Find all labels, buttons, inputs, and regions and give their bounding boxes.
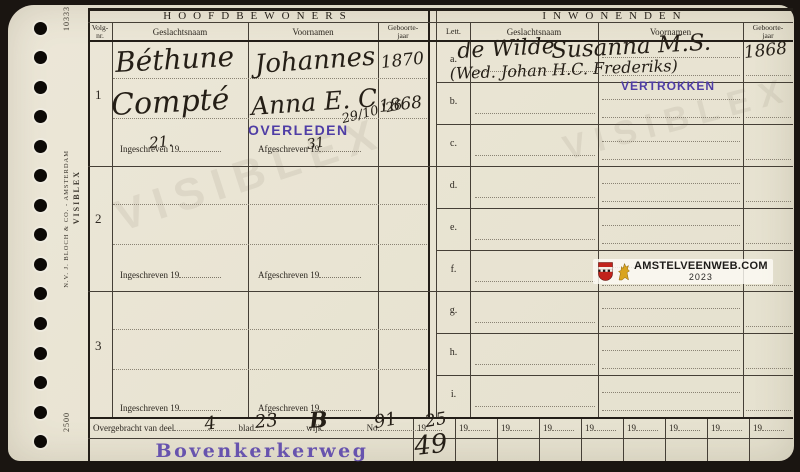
inwonenden-row-letter: h. xyxy=(437,347,470,358)
dotted-leader xyxy=(179,269,221,278)
year-cell: 19 xyxy=(669,422,700,433)
grid-line xyxy=(437,82,793,83)
punch-hole xyxy=(34,376,47,389)
grid-line xyxy=(539,417,540,461)
punch-hole xyxy=(34,347,47,360)
dotted-writing-line xyxy=(602,159,740,160)
dotted-writing-line xyxy=(602,350,740,351)
grid-line xyxy=(707,417,708,461)
dotted-writing-line xyxy=(746,410,791,411)
dotted-writing-line xyxy=(602,183,740,184)
ingeschreven-label-text: Ingeschreven 19 xyxy=(120,403,179,413)
punch-hole xyxy=(34,406,47,419)
dotted-leader xyxy=(762,422,784,431)
dotted-writing-line xyxy=(746,75,791,76)
dotted-writing-line xyxy=(746,159,791,160)
year-cell: 19 xyxy=(459,422,490,433)
ingeschreven-label-text: Ingeschreven 19 xyxy=(120,270,179,280)
grid-line xyxy=(749,417,750,461)
dotted-writing-line xyxy=(746,201,791,202)
year-cell: 19 xyxy=(585,422,616,433)
serial-number-bottom: 2500 xyxy=(62,412,71,432)
dotted-writing-line xyxy=(113,244,427,245)
column-header-volgnr-line2: nr. xyxy=(96,31,104,40)
grid-line xyxy=(378,22,379,417)
grid-line xyxy=(623,417,624,461)
dotted-writing-line xyxy=(475,281,595,282)
grid-line xyxy=(455,417,456,461)
dotted-writing-line xyxy=(475,155,595,156)
year-cell: 19 xyxy=(627,422,658,433)
street-name-stamp: Bovenkerkerweg xyxy=(152,440,372,462)
year-cell-label: 19 xyxy=(627,423,636,433)
dotted-writing-line xyxy=(746,368,791,369)
dotted-leader xyxy=(720,422,742,431)
dotted-writing-line xyxy=(602,99,740,100)
dotted-writing-line xyxy=(602,326,740,327)
dotted-writing-line xyxy=(475,197,595,198)
dotted-writing-line xyxy=(602,225,740,226)
grid-line xyxy=(497,417,498,461)
dotted-leader xyxy=(594,422,616,431)
dotted-writing-line xyxy=(602,368,740,369)
dotted-writing-line xyxy=(475,113,595,114)
grid-line xyxy=(88,8,90,461)
gold-lion-icon xyxy=(617,262,630,281)
handwritten-afgeschreven-year-1: 31 xyxy=(306,135,326,153)
vertrokken-stamp: VERTROKKEN xyxy=(621,79,715,93)
punch-hole xyxy=(34,22,47,35)
column-header-volgnr: Volg- nr. xyxy=(88,24,112,40)
dotted-writing-line xyxy=(746,326,791,327)
column-header-geboortejaar-right-line2: jaar xyxy=(762,31,773,40)
dotted-writing-line xyxy=(113,204,427,205)
dotted-writing-line xyxy=(475,406,595,407)
dotted-writing-line xyxy=(475,364,595,365)
year-cell: 19 xyxy=(543,422,574,433)
group-number-3: 3 xyxy=(95,338,102,354)
year-cell-label: 19 xyxy=(669,423,678,433)
watermark-year: 2023 xyxy=(634,272,768,282)
dotted-writing-line xyxy=(475,239,595,240)
dotted-writing-line xyxy=(602,410,740,411)
amstelveen-shield-icon xyxy=(598,262,613,281)
scanned-register-card-page: a.b.c.d.e.f.g.h.i. 10333 VISIBLEX N.V. J… xyxy=(0,0,800,472)
group-number-2: 2 xyxy=(95,211,102,227)
grid-line xyxy=(428,8,430,417)
grid-line xyxy=(88,291,793,292)
punch-hole xyxy=(34,199,47,212)
grid-line xyxy=(437,124,793,125)
dotted-writing-line xyxy=(602,308,740,309)
dotted-leader xyxy=(468,422,490,431)
year-cell: 19 xyxy=(711,422,742,433)
ingeschreven-label-3: Ingeschreven 19 xyxy=(120,402,221,413)
dotted-leader xyxy=(319,269,361,278)
inwonenden-row-letter: i. xyxy=(437,389,470,400)
punch-hole xyxy=(34,81,47,94)
watermark-site: AMSTELVEENWEB.COM xyxy=(634,261,768,272)
dotted-writing-line xyxy=(746,285,791,286)
column-header-geboortejaar-left-line2: jaar xyxy=(397,31,408,40)
overgebracht-label: Overgebracht van deel xyxy=(93,423,174,433)
dotted-writing-line xyxy=(602,141,740,142)
dotted-writing-line xyxy=(602,392,740,393)
inwonenden-row-letter: f. xyxy=(437,264,470,275)
grid-line xyxy=(437,333,793,334)
handwritten-ingeschreven-year-1: 21. xyxy=(148,132,173,152)
inwonenden-row-letter: e. xyxy=(437,222,470,233)
grid-line xyxy=(437,375,793,376)
grid-line xyxy=(437,208,793,209)
punch-hole xyxy=(34,317,47,330)
amstelveenweb-watermark: AMSTELVEENWEB.COM 2023 xyxy=(593,259,773,284)
dotted-writing-line xyxy=(113,369,427,370)
grid-line xyxy=(88,22,793,23)
section-title-inwonenden: INWONENDEN xyxy=(437,10,793,22)
overleden-stamp: OVERLEDEN xyxy=(248,122,349,138)
inwonenden-row-letter: c. xyxy=(437,138,470,149)
handwritten-no: 91 xyxy=(372,408,398,433)
brand-visiblex: VISIBLEX xyxy=(72,170,81,224)
grid-line xyxy=(581,417,582,461)
dotted-leader xyxy=(678,422,700,431)
year-cell-label: 19 xyxy=(753,423,762,433)
column-header-geboortejaar-left: Geboorte- jaar xyxy=(378,24,428,40)
dotted-leader xyxy=(552,422,574,431)
dotted-writing-line xyxy=(602,201,740,202)
dotted-writing-line xyxy=(746,117,791,118)
grid-line xyxy=(248,22,249,417)
blad-label: blad xyxy=(239,423,255,433)
watermark-text-block: AMSTELVEENWEB.COM 2023 xyxy=(634,261,768,282)
dotted-leader xyxy=(319,143,361,152)
inwonenden-row-letter: b. xyxy=(437,96,470,107)
punch-hole xyxy=(34,51,47,64)
handwritten-surname-1: Béthune xyxy=(114,40,235,79)
grid-line xyxy=(437,250,793,251)
dotted-leader xyxy=(179,143,221,152)
punch-hole xyxy=(34,258,47,271)
year-cell-label: 19 xyxy=(543,423,552,433)
dotted-writing-line xyxy=(113,329,427,330)
handwritten-house-number: 49 xyxy=(413,429,449,462)
year-cell-label: 19 xyxy=(501,423,510,433)
year-cell-label: 19 xyxy=(711,423,720,433)
punch-hole xyxy=(34,140,47,153)
dotted-leader xyxy=(636,422,658,431)
serial-number-top: 10333 xyxy=(62,6,71,31)
section-title-hoofdbewoners: HOOFDBEWONERS xyxy=(88,10,428,22)
ingeschreven-label-2: Ingeschreven 19 xyxy=(120,269,221,280)
afgeschreven-label-text: Afgeschreven 19 xyxy=(258,270,319,280)
handwritten-wijk: B xyxy=(308,407,328,434)
handwritten-blad: 23 xyxy=(254,410,279,433)
grid-line xyxy=(665,417,666,461)
column-header-voornamen-left: Voornamen xyxy=(248,27,378,37)
afgeschreven-label-2: Afgeschreven 19 xyxy=(258,269,361,280)
dotted-leader xyxy=(510,422,532,431)
year-cell: 19 xyxy=(501,422,532,433)
dotted-writing-line xyxy=(746,243,791,244)
group-number-1: 1 xyxy=(95,87,102,103)
year-cell-label: 19 xyxy=(459,423,468,433)
inwonenden-row-letter: d. xyxy=(437,180,470,191)
year-cell-label: 19 xyxy=(585,423,594,433)
dotted-writing-line xyxy=(602,243,740,244)
column-header-geslachtsnaam-left: Geslachtsnaam xyxy=(112,27,248,37)
dotted-writing-line xyxy=(602,285,740,286)
dotted-writing-line xyxy=(602,117,740,118)
inwonenden-row-letter: g. xyxy=(437,305,470,316)
column-header-lett: Lett. xyxy=(437,27,470,36)
dotted-leader xyxy=(179,402,221,411)
year-cell: 19 xyxy=(753,422,784,433)
dotted-writing-line xyxy=(475,322,595,323)
grid-line xyxy=(88,166,793,167)
handwritten-surname-2: Compté xyxy=(110,82,230,123)
handwritten-inwonende-surname: de Wilde xyxy=(457,34,556,64)
grid-line xyxy=(112,22,113,417)
maker-imprint: N.V. J. BLOCH & CO. - AMSTERDAM xyxy=(63,150,70,288)
